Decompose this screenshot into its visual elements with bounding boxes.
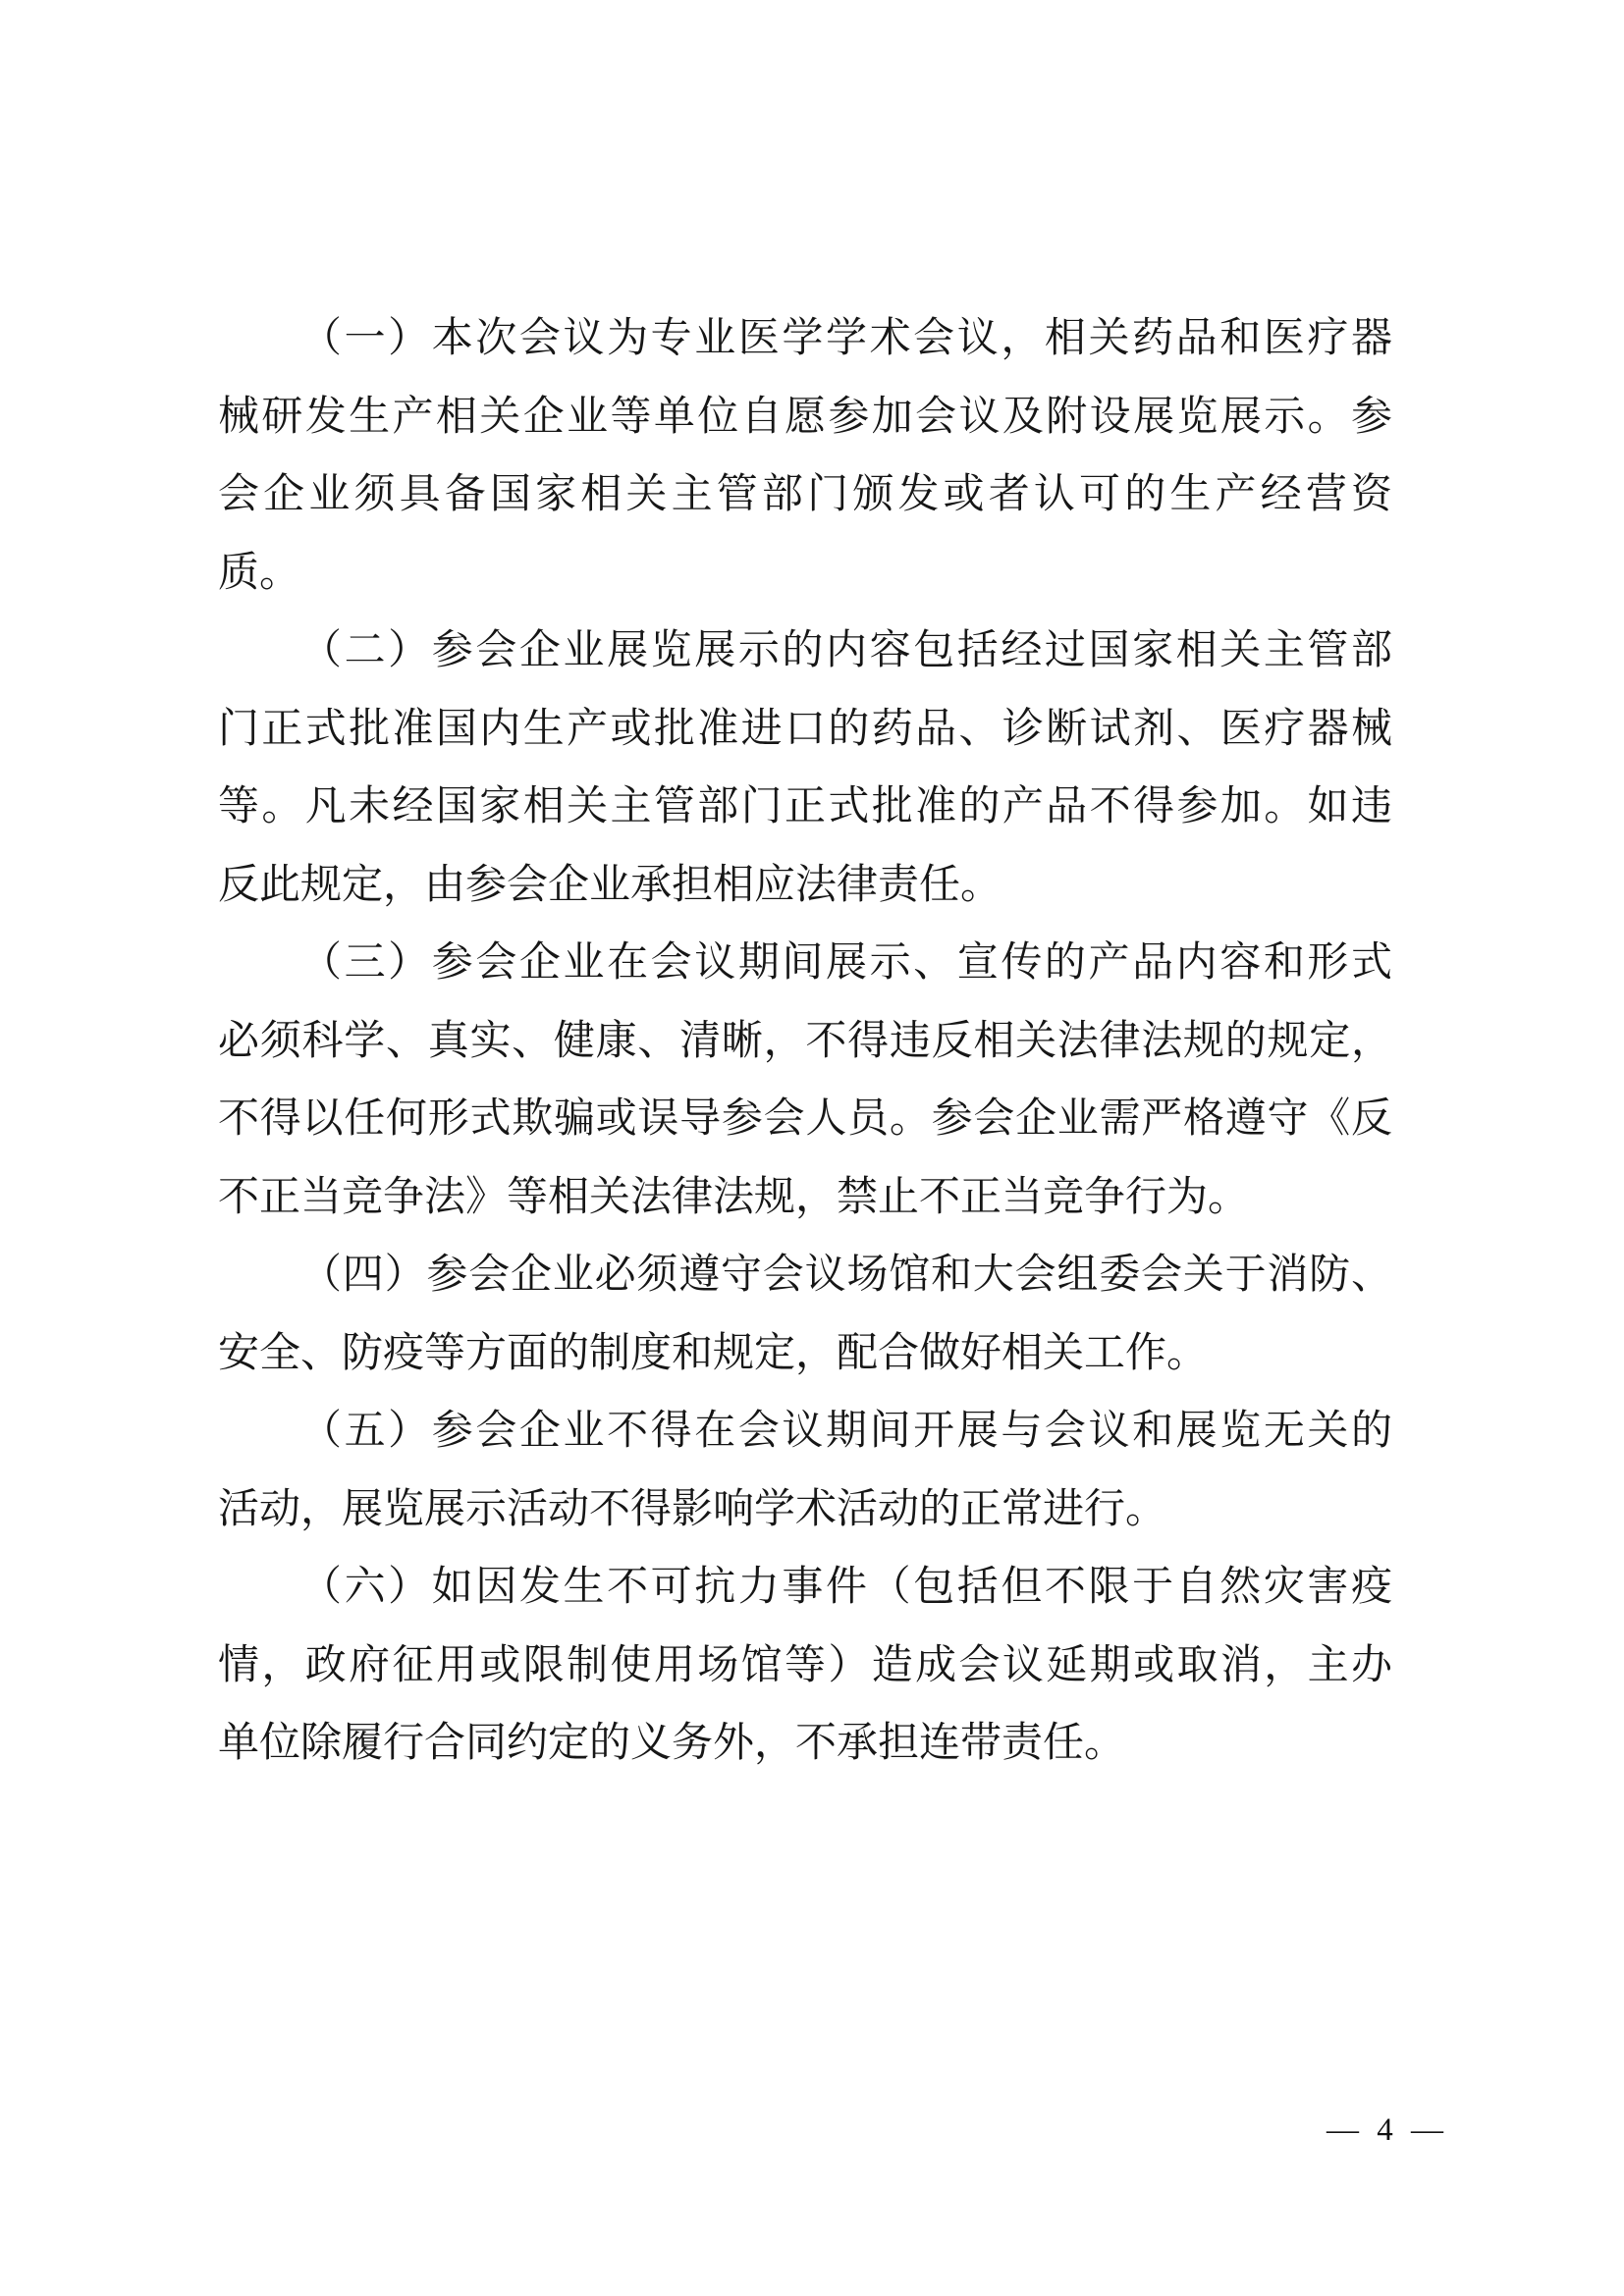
page-number: — 4 —: [1309, 2107, 1466, 2154]
document-line: 质。: [218, 535, 1392, 614]
document-line: 不正当竞争法》等相关法律法规，禁止不正当竞争行为。: [218, 1159, 1392, 1238]
document-line: 反此规定，由参会企业承担相应法律责任。: [218, 847, 1392, 926]
document-line: 必须科学、真实、健康、清晰，不得违反相关法律法规的规定，: [218, 1003, 1392, 1082]
document-body: （一）本次会议为专业医学学术会议，相关药品和医疗器 械研发生产相关企业等单位自愿…: [218, 300, 1392, 1784]
document-line: （三）参会企业在会议期间展示、宣传的产品内容和形式: [218, 925, 1392, 1003]
document-page: （一）本次会议为专业医学学术会议，相关药品和医疗器 械研发生产相关企业等单位自愿…: [0, 0, 1624, 2296]
document-line: （二）参会企业展览展示的内容包括经过国家相关主管部: [218, 613, 1392, 691]
document-line: （五）参会企业不得在会议期间开展与会议和展览无关的: [218, 1393, 1392, 1471]
document-line: 门正式批准国内生产或批准进口的药品、诊断试剂、医疗器械: [218, 691, 1392, 770]
document-line: 等。凡未经国家相关主管部门正式批准的产品不得参加。如违: [218, 769, 1392, 847]
document-line: （四）参会企业必须遵守会议场馆和大会组委会关于消防、: [218, 1237, 1392, 1315]
document-line: （一）本次会议为专业医学学术会议，相关药品和医疗器: [218, 300, 1392, 379]
document-line: 不得以任何形式欺骗或误导参会人员。参会企业需严格遵守《反: [218, 1081, 1392, 1159]
document-line: 会企业须具备国家相关主管部门颁发或者认可的生产经营资: [218, 456, 1392, 535]
document-line: 单位除履行合同约定的义务外，不承担连带责任。: [218, 1705, 1392, 1784]
document-line: 情，政府征用或限制使用场馆等）造成会议延期或取消，主办: [218, 1628, 1392, 1706]
document-line: 活动，展览展示活动不得影响学术活动的正常进行。: [218, 1471, 1392, 1550]
document-line: （六）如因发生不可抗力事件（包括但不限于自然灾害疫: [218, 1549, 1392, 1628]
document-line: 安全、防疫等方面的制度和规定，配合做好相关工作。: [218, 1315, 1392, 1394]
document-line: 械研发生产相关企业等单位自愿参加会议及附设展览展示。参: [218, 379, 1392, 457]
